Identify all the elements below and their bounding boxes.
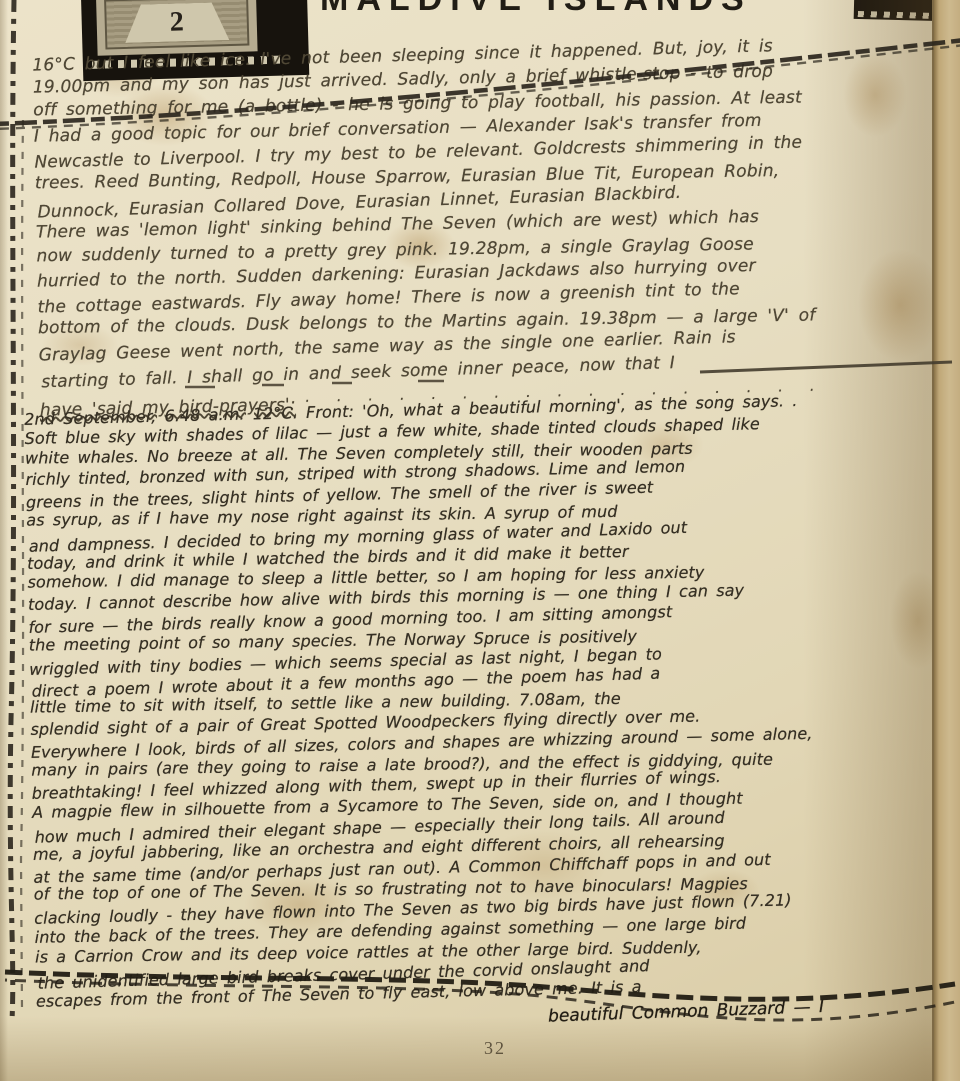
corner-perforation-icon	[858, 11, 936, 19]
journal-entry-morning: 2nd September, 6.48 a.m. 12°C. Front: 'O…	[24, 390, 926, 1011]
stamp-design: 2	[104, 0, 249, 50]
stamp-lozenge: 2	[124, 2, 229, 43]
page-title: MALDIVE ISLANDS	[320, 0, 800, 19]
corner-decoration-icon	[854, 0, 943, 21]
journal-entry-evening: 16°C but I feel like ice. I've not been …	[32, 32, 924, 422]
stamp-denomination: 2	[169, 6, 184, 38]
journal-photo: { "page": { "header_title": "MALDIVE ISL…	[0, 0, 960, 1081]
journal-page: MALDIVE ISLANDS 2 16°C but I feel like i…	[0, 0, 934, 1081]
entry-lines: 2nd September, 6.48 a.m. 12°C. Front: 'O…	[24, 390, 926, 1011]
book-page-edge	[932, 0, 960, 1081]
page-number: 32	[470, 1038, 520, 1059]
entry-lines: 16°C but I feel like ice. I've not been …	[32, 32, 923, 390]
